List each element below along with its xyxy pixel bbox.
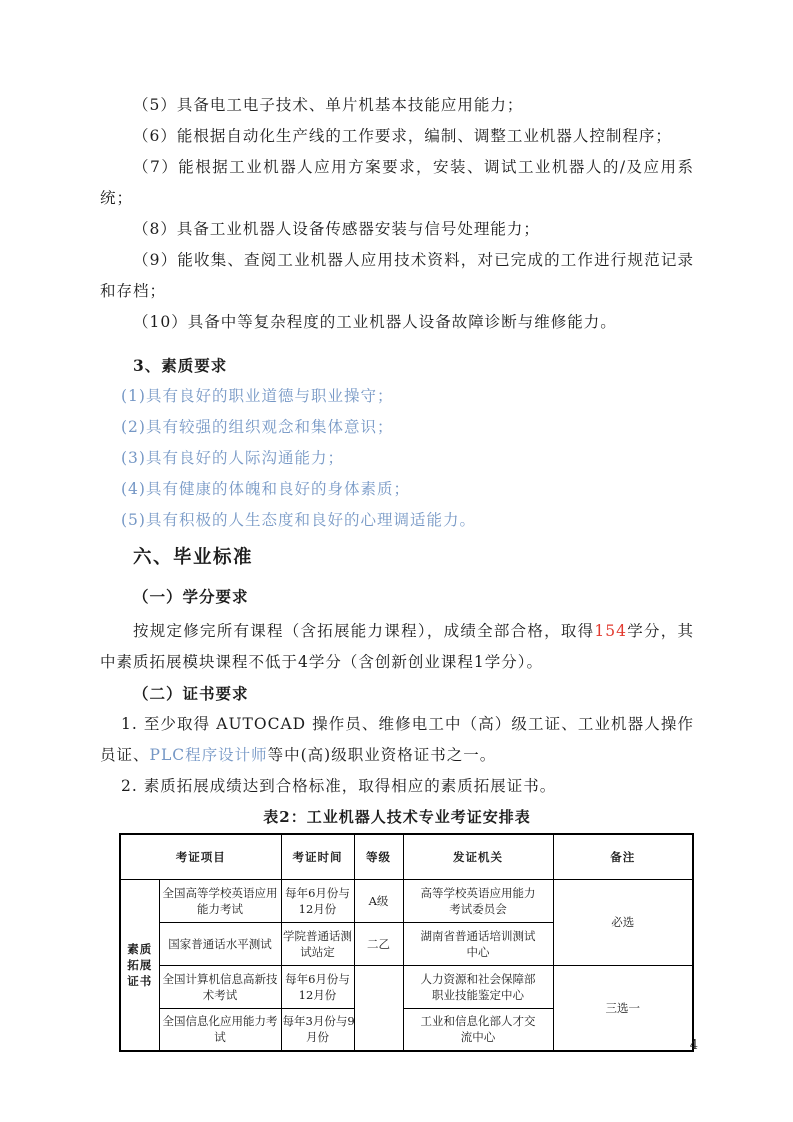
header-exam-time: 考证时间 — [281, 834, 354, 879]
page-number: 4 — [690, 1038, 698, 1053]
cell-time: 学院普通话测 试站定 — [281, 922, 354, 965]
quality-item-3: (3)具有良好的人际沟通能力； — [100, 443, 694, 474]
cell-issuer: 高等学校英语应用能力 考试委员会 — [403, 879, 553, 922]
page-content: （5）具备电工电子技术、单片机基本技能应用能力； （6）能根据自动化生产线的工作… — [100, 0, 694, 1052]
cell-item: 全国计算机信息高新技 术考试 — [159, 965, 281, 1008]
ability-item-6: （6）能根据自动化生产线的工作要求，编制、调整工业机器人控制程序； — [100, 121, 694, 152]
header-exam-item: 考证项目 — [120, 834, 281, 879]
table-header-row: 考证项目 考证时间 等级 发证机关 备注 — [120, 834, 693, 879]
certificate-item-2: 2. 素质拓展成绩达到合格标准，取得相应的素质拓展证书。 — [100, 771, 694, 802]
cell-note-required: 必选 — [553, 879, 693, 965]
cell-time: 每年6月份与 12月份 — [281, 965, 354, 1008]
header-level: 等级 — [354, 834, 403, 879]
cell-time: 每年3月份与9 月份 — [281, 1008, 354, 1051]
credit-value-red: 154 — [594, 622, 627, 640]
header-issuer: 发证机关 — [403, 834, 553, 879]
cell-issuer: 湖南省普通话培训测试 中心 — [403, 922, 553, 965]
credit-paragraph: 按规定修完所有课程（含拓展能力课程），成绩全部合格，取得154学分，其中素质拓展… — [100, 616, 694, 678]
certification-schedule-table: 考证项目 考证时间 等级 发证机关 备注 素质 拓展 证书 全国高等学校英语应用… — [119, 833, 694, 1052]
certificate-item1-text-end: 等中(高)级职业资格证书之一。 — [268, 746, 497, 764]
cell-level-empty — [354, 965, 403, 1051]
quality-item-1: (1)具有良好的职业道德与职业操守； — [100, 381, 694, 412]
cell-note-choose-one: 三选一 — [553, 965, 693, 1051]
table-row: 全国计算机信息高新技 术考试 每年6月份与 12月份 人力资源和社会保障部 职业… — [120, 965, 693, 1008]
credit-heading: （一）学分要求 — [100, 581, 694, 612]
cell-item: 国家普通话水平测试 — [159, 922, 281, 965]
quality-item-4: (4)具有健康的体魄和良好的身体素质； — [100, 474, 694, 505]
graduation-section-heading: 六、毕业标准 — [100, 542, 694, 573]
cell-issuer: 人力资源和社会保障部 职业技能鉴定中心 — [403, 965, 553, 1008]
row-group-label: 素质 拓展 证书 — [120, 879, 159, 1051]
certificate-heading: （二）证书要求 — [100, 678, 694, 709]
certificate-item1-blue-link: PLC程序设计师 — [150, 746, 268, 764]
cell-level: 二乙 — [354, 922, 403, 965]
ability-item-8: （8）具备工业机器人设备传感器安装与信号处理能力； — [100, 214, 694, 245]
cell-item: 全国信息化应用能力考 试 — [159, 1008, 281, 1051]
ability-item-7: （7）能根据工业机器人应用方案要求，安装、调试工业机器人的/及应用系统； — [100, 152, 694, 214]
certificate-item-1: 1. 至少取得 AUTOCAD 操作员、维修电工中（高）级工证、工业机器人操作员… — [100, 709, 694, 771]
ability-item-10: （10）具备中等复杂程度的工业机器人设备故障诊断与维修能力。 — [100, 307, 694, 338]
quality-section-heading: 3、素质要求 — [100, 350, 694, 381]
cell-time: 每年6月份与 12月份 — [281, 879, 354, 922]
cell-issuer: 工业和信息化部人才交 流中心 — [403, 1008, 553, 1051]
credit-text-before: 按规定修完所有课程（含拓展能力课程），成绩全部合格，取得 — [133, 622, 594, 640]
table-title: 表2：工业机器人技术专业考证安排表 — [100, 802, 694, 833]
quality-item-5: (5)具有积极的人生态度和良好的心理调适能力。 — [100, 505, 694, 536]
cell-level: A级 — [354, 879, 403, 922]
document-page: （5）具备电工电子技术、单片机基本技能应用能力； （6）能根据自动化生产线的工作… — [0, 0, 793, 1122]
quality-item-2: (2)具有较强的组织观念和集体意识； — [100, 412, 694, 443]
table-row: 素质 拓展 证书 全国高等学校英语应用 能力考试 每年6月份与 12月份 A级 … — [120, 879, 693, 922]
cell-item: 全国高等学校英语应用 能力考试 — [159, 879, 281, 922]
ability-item-5: （5）具备电工电子技术、单片机基本技能应用能力； — [100, 90, 694, 121]
ability-item-9: （9）能收集、查阅工业机器人应用技术资料，对已完成的工作进行规范记录和存档； — [100, 245, 694, 307]
header-note: 备注 — [553, 834, 693, 879]
